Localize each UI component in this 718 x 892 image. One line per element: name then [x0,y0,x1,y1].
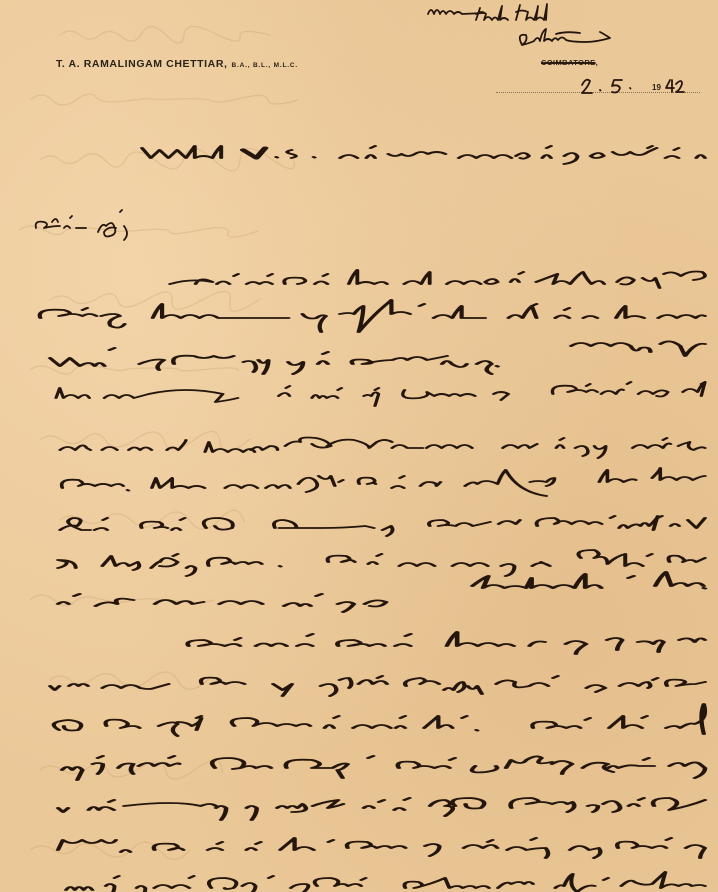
paragraph-1-line-9 [58,572,705,612]
struck-city-name: COIMBATORE [541,58,596,67]
letter-page: T. A. RAMALINGAM CHETTIAR,B.A., B.L., M.… [0,0,718,892]
handwritten-address-line-1 [428,4,547,20]
salutation-line-2 [36,210,127,240]
letterhead-person-name: T. A. RAMALINGAM CHETTIAR, [56,58,228,70]
paragraph-2-line-1 [188,632,705,654]
handwritten-date-ink [582,80,684,93]
date-dotted-line [496,92,700,93]
paragraph-1-line-4 [56,382,705,406]
letterhead-degrees: B.A., B.L., M.L.C. [232,62,298,69]
paragraph-1-line-7 [60,516,705,536]
paragraph-1-line-6 [62,468,705,496]
paragraph-2-line-7 [66,872,705,892]
paragraph-1-line-2 [40,300,705,332]
paragraph-2-line-3 [54,704,705,736]
paragraph-1-line-1 [170,270,705,288]
letterhead-city: COIMBATORE, [541,58,598,67]
handwritten-address-2: Ootacamund [0,0,1,1]
handwritten-ink [0,0,718,892]
paragraph-2-line-6 [58,838,705,858]
handwritten-address-1: Modern Hindu Hotel [0,0,1,1]
bleed-through-ink [0,0,718,892]
city-comma: , [596,58,598,67]
printed-year-prefix: 19 [652,83,661,92]
paragraph-2-line-4 [62,756,705,780]
paragraph-2-line-2 [50,676,705,696]
paragraph-2-line-5 [58,798,705,820]
handwritten-address-line-2 [520,29,610,45]
paragraph-1-line-5 [60,438,705,459]
salutation-line-1 [142,146,705,164]
handwritten-date: 2.5.1942 [0,0,1,1]
paragraph-1-line-8 [58,550,705,576]
letterhead-name: T. A. RAMALINGAM CHETTIAR,B.A., B.L., M.… [56,58,298,70]
paragraph-1-line-3 [50,341,705,374]
